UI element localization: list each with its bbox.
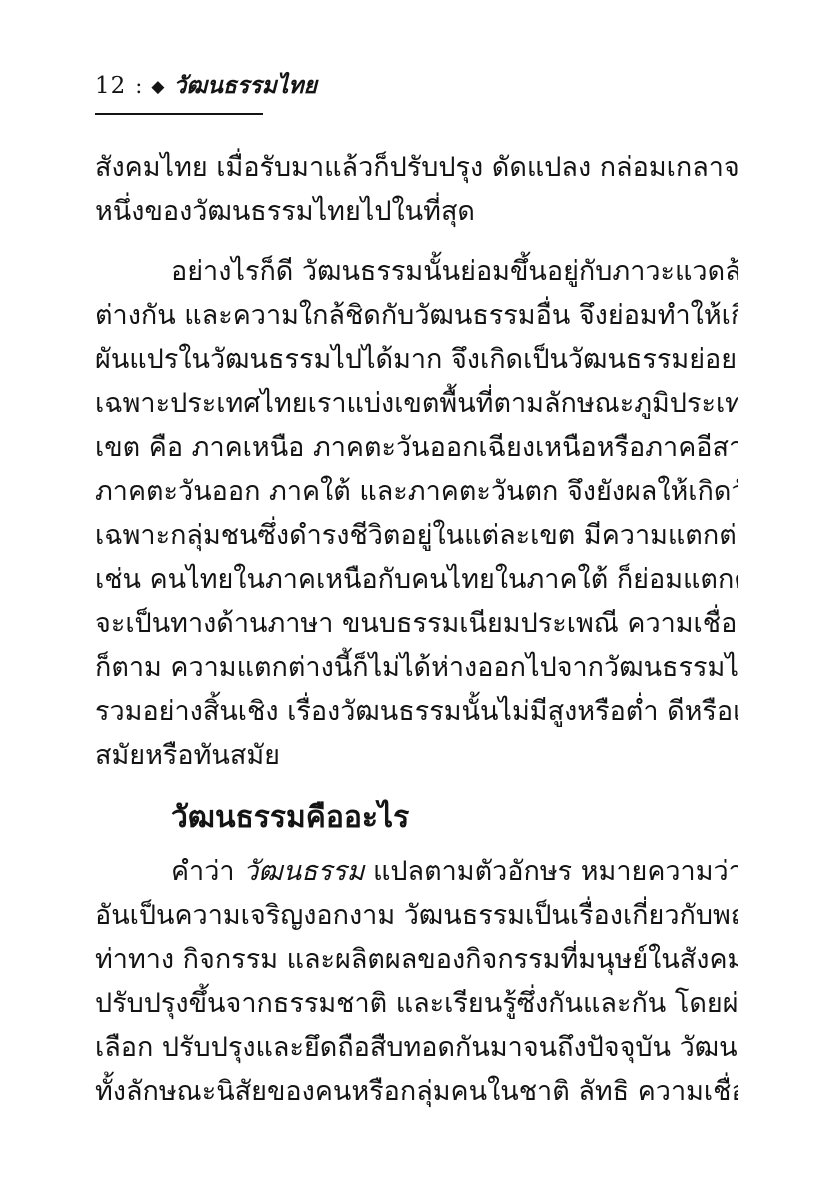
text-line: หนึ่งของวัฒนธรรมไทยไปในที่สุด <box>95 190 738 234</box>
text-line: อันเป็นความเจริญงอกงาม วัฒนธรรมเป็นเรื่อ… <box>95 894 738 938</box>
page-number: 12 <box>95 73 126 99</box>
book-title: วัฒนธรรมไทย <box>173 68 317 104</box>
text-line: เช่น คนไทยในภาคเหนือกับคนไทยในภาคใต้ ก็ย… <box>95 558 738 602</box>
section-heading: วัฒนธรรมคืออะไร <box>171 794 738 842</box>
text-line: ปรับปรุงขึ้นจากธรรมชาติ และเรียนรู้ซึ่งก… <box>95 982 738 1026</box>
text-line: เลือก ปรับปรุงและยึดถือสืบทอดกันมาจนถึงป… <box>95 1026 738 1070</box>
diamond-icon: ◆ <box>151 77 164 97</box>
text-line: ต่างกัน และความใกล้ชิดกับวัฒนธรรมอื่น จึ… <box>95 294 738 338</box>
text-line: ทั้งลักษณะนิสัยของคนหรือกลุ่มคนในชาติ ลั… <box>95 1070 738 1114</box>
text-line: เฉพาะกลุ่มชนซึ่งดำรงชีวิตอยู่ในแต่ละเขต … <box>95 514 738 558</box>
header-separator: : <box>135 74 142 98</box>
page-body: สังคมไทย เมื่อรับมาแล้วก็ปรับปรุง ดัดแปล… <box>95 146 738 1114</box>
text-line: ผันแปรในวัฒนธรรมไปได้มาก จึงเกิดเป็นวัฒน… <box>95 338 738 382</box>
text-line: คำว่า วัฒนธรรม แปลตามตัวอักษร หมายความว่… <box>95 850 738 894</box>
book-page: 12 : ◆ วัฒนธรรมไทย สังคมไทย เมื่อรับมาแล… <box>0 0 822 1195</box>
paragraph: สังคมไทย เมื่อรับมาแล้วก็ปรับปรุง ดัดแปล… <box>95 146 738 234</box>
text-segment: แปลตามตัวอักษร หมายความว่า สภาพ <box>364 856 738 887</box>
text-line: สังคมไทย เมื่อรับมาแล้วก็ปรับปรุง ดัดแปล… <box>95 146 738 190</box>
text-segment: คำว่า <box>171 856 243 887</box>
text-line: เขต คือ ภาคเหนือ ภาคตะวันออกเฉียงเหนือหร… <box>95 426 738 470</box>
emphasized-term: วัฒนธรรม <box>243 856 364 887</box>
text-line: ภาคตะวันออก ภาคใต้ และภาคตะวันตก จึงยังผ… <box>95 470 738 514</box>
running-header: 12 : ◆ วัฒนธรรมไทย <box>95 68 317 115</box>
text-line: สมัยหรือทันสมัย <box>95 734 738 778</box>
text-line: รวมอย่างสิ้นเชิง เรื่องวัฒนธรรมนั้นไม่มี… <box>95 690 738 734</box>
header-rule <box>95 113 263 115</box>
text-line: อย่างไรก็ดี วัฒนธรรมนั้นย่อมขึ้นอยู่กับภ… <box>95 250 738 294</box>
text-line: ท่าทาง กิจกรรม และผลิตผลของกิจกรรมที่มนุ… <box>95 938 738 982</box>
text-line: ก็ตาม ความแตกต่างนี้ก็ไม่ได้ห่างออกไปจาก… <box>95 646 738 690</box>
text-line: จะเป็นทางด้านภาษา ขนบธรรมเนียมประเพณี คว… <box>95 602 738 646</box>
text-line: เฉพาะประเทศไทยเราแบ่งเขตพื้นที่ตามลักษณะ… <box>95 382 738 426</box>
paragraph: อย่างไรก็ดี วัฒนธรรมนั้นย่อมขึ้นอยู่กับภ… <box>95 250 738 778</box>
paragraph: คำว่า วัฒนธรรม แปลตามตัวอักษร หมายความว่… <box>95 850 738 1114</box>
header-row: 12 : ◆ วัฒนธรรมไทย <box>95 68 317 104</box>
